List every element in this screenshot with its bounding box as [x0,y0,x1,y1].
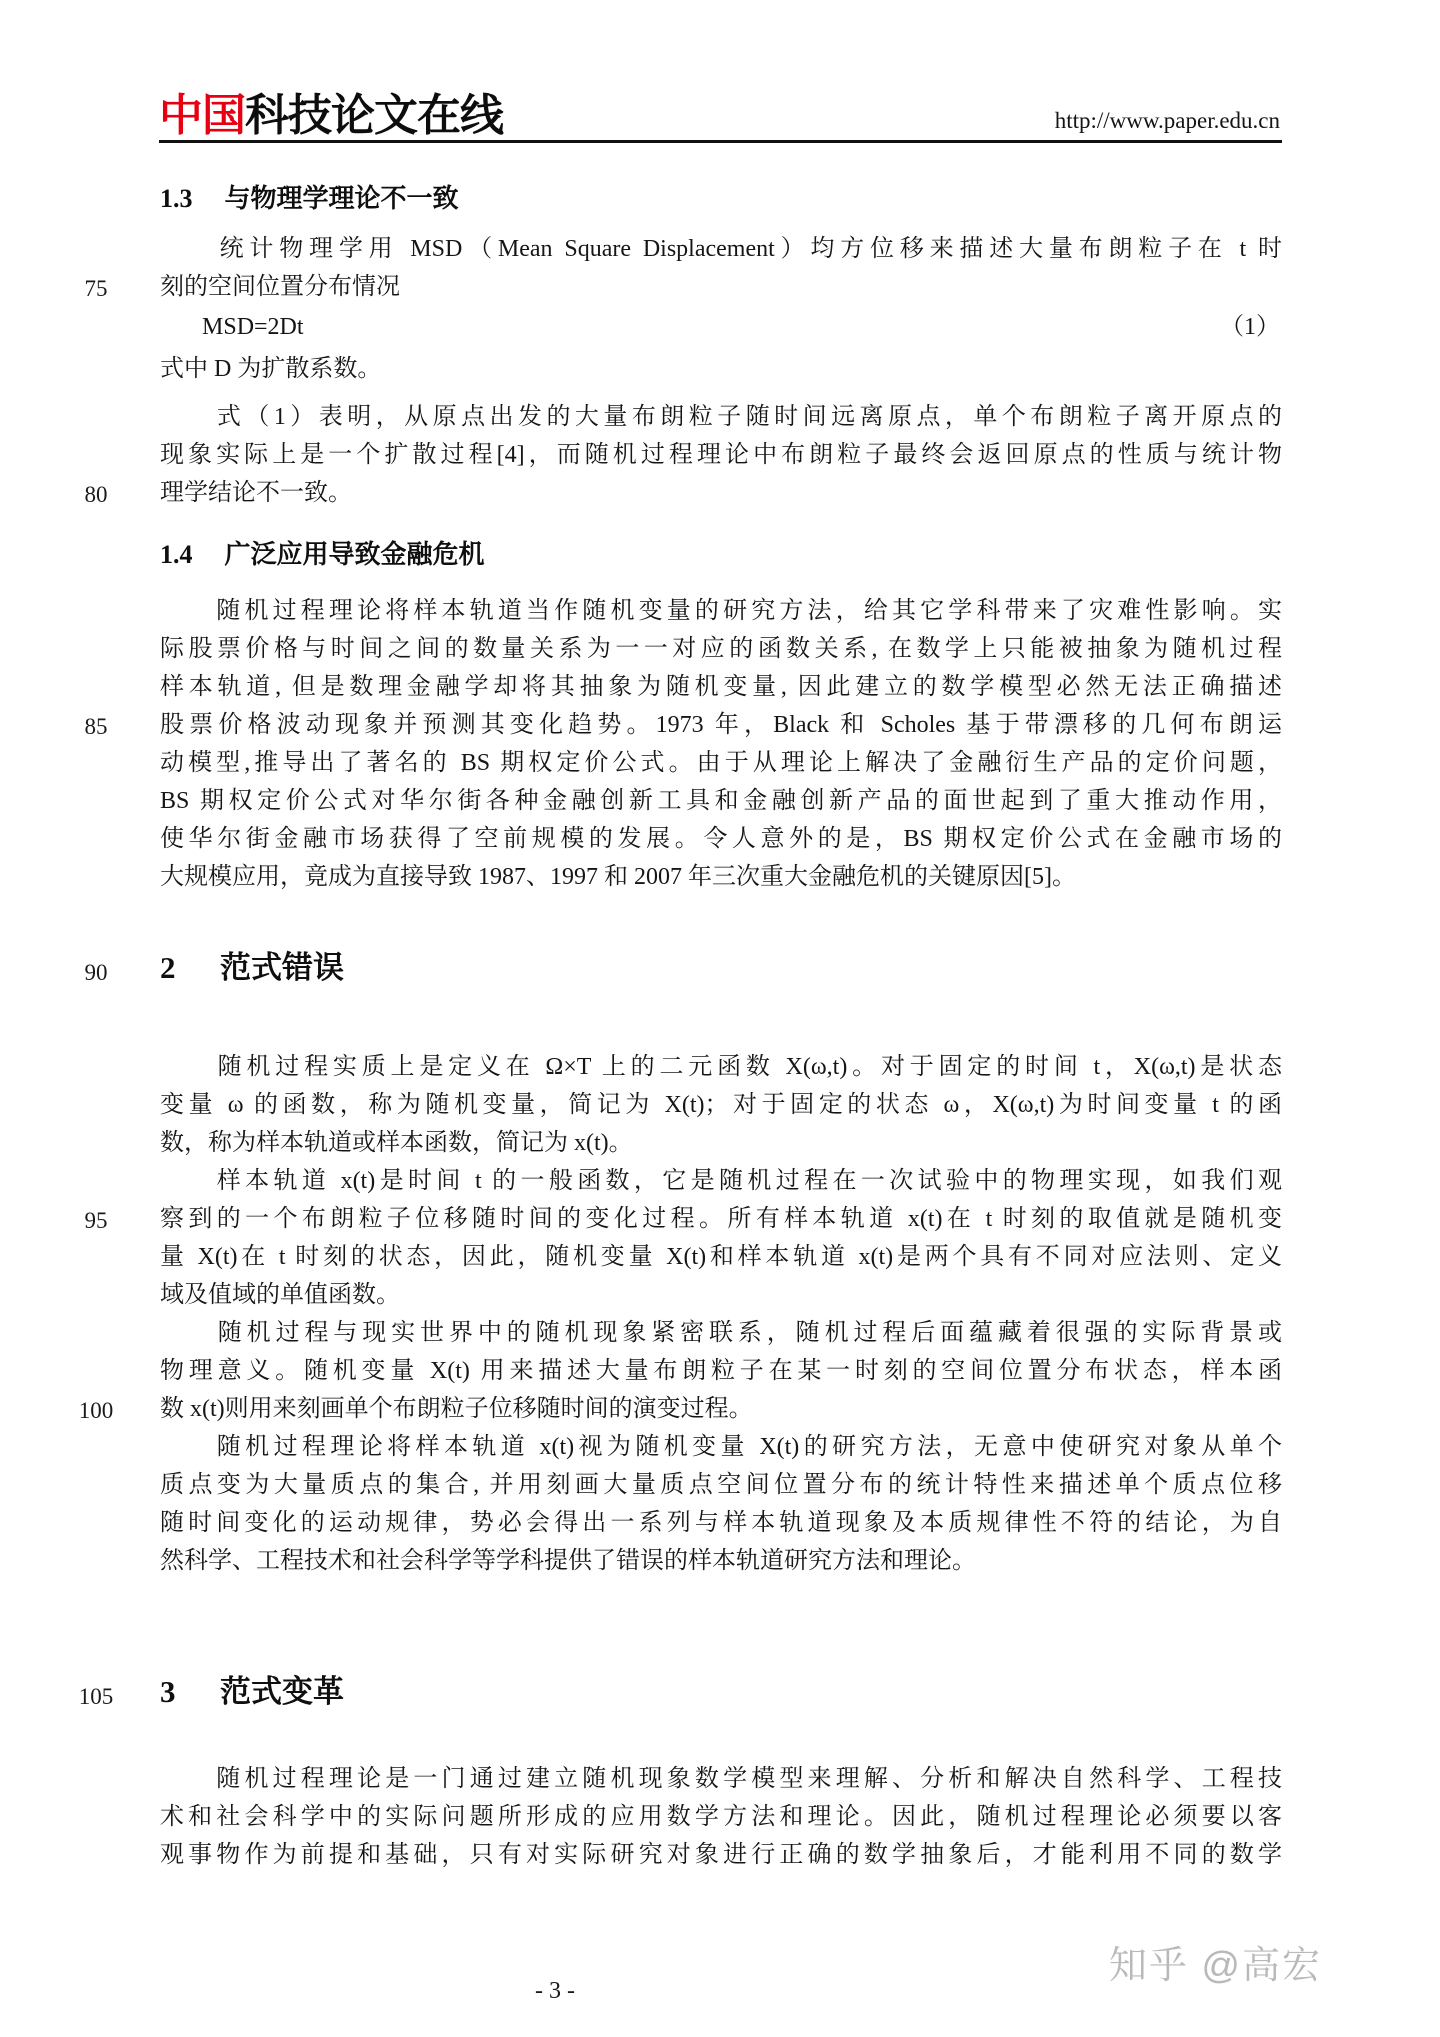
page-number: - 3 - [160,1978,950,2005]
text-line: 式中 D 为扩散系数。 [160,350,1282,388]
section-title: 广泛应用导致金融危机 [225,540,485,569]
section-number: 1.4 [160,538,193,572]
text-line: 随机过程与现实世界中的随机现象紧密联系，随机过程后面蕴藏着很强的实际背景或 [160,1314,1282,1352]
line-number-105: 105 [68,1678,124,1716]
section-heading-1-3: 1.3与物理学理论不一致 [160,182,1282,216]
line-number-85: 85 [68,708,124,746]
text-line: 随机过程理论是一门通过建立随机现象数学模型来理解、分析和解决自然科学、工程技 [160,1760,1282,1798]
paragraph-diffusion: 式（1）表明，从原点出发的大量布朗粒子随时间远离原点，单个布朗粒子离开原点的 现… [160,398,1282,512]
text-line: 式（1）表明，从原点出发的大量布朗粒子随时间远离原点，单个布朗粒子离开原点的 [160,398,1282,436]
text-line: 术和社会科学中的实际问题所形成的应用数学方法和理论。因此，随机过程理论必须要以客 [160,1798,1282,1836]
text-line: 随机过程理论将样本轨道当作随机变量的研究方法，给其它学科带来了灾难性影响。实 [160,592,1282,630]
text-line: 股票价格波动现象并预测其变化趋势。1973 年，Black 和 Scholes … [160,706,1282,744]
page-header: 中国科技论文在线 http://www.paper.edu.cn [159,0,1282,143]
paragraph-msd: 统计物理学用 MSD（Mean Square Displacement）均方位移… [160,230,1282,306]
site-logo-text: 科技论文在线 [245,91,503,140]
text-line: 随时间变化的运动规律，势必会得出一系列与样本轨道现象及本质规律性不符的结论，为自 [160,1504,1282,1542]
line-number-95: 95 [68,1202,124,1240]
text-line: 统计物理学用 MSD（Mean Square Displacement）均方位移… [160,230,1282,268]
paragraph-paradigm-change: 随机过程理论是一门通过建立随机现象数学模型来理解、分析和解决自然科学、工程技 术… [160,1760,1282,1874]
site-url: http://www.paper.edu.cn [1055,108,1280,134]
site-logo: 中国科技论文在线 [159,94,503,138]
line-number-100: 100 [68,1392,124,1430]
paragraph-d-coefficient: 式中 D 为扩散系数。 [160,350,1282,388]
line-number-90: 90 [68,954,124,992]
section-number: 1.3 [160,182,193,216]
section-number: 2 [160,948,182,988]
equation-1: MSD=2Dt （1） [160,308,1282,346]
section-title: 范式变革 [220,1674,344,1709]
equation-number: （1） [1220,308,1282,346]
site-logo-cn: 中国 [159,91,245,140]
text-line: 随机过程实质上是定义在 Ω×T 上的二元函数 X(ω,t)。对于固定的时间 t，… [160,1048,1282,1086]
text-line: 域及值域的单值函数。 [160,1276,1282,1314]
paragraph-wrong-method: 随机过程理论将样本轨道 x(t)视为随机变量 X(t)的研究方法，无意中使研究对… [160,1428,1282,1580]
text-line: 察到的一个布朗粒子位移随时间的变化过程。所有样本轨道 x(t)在 t 时刻的取值… [160,1200,1282,1238]
text-line: 量 X(t)在 t 时刻的状态，因此，随机变量 X(t)和样本轨道 x(t)是两… [160,1238,1282,1276]
text-line: 质点变为大量质点的集合, 并用刻画大量质点空间位置分布的统计特性来描述单个质点位… [160,1466,1282,1504]
text-line: 刻的空间位置分布情况 [160,268,1282,306]
paragraph-definition: 随机过程实质上是定义在 Ω×T 上的二元函数 X(ω,t)。对于固定的时间 t，… [160,1048,1282,1162]
line-number-80: 80 [68,476,124,514]
text-line: BS 期权定价公式对华尔街各种金融创新工具和金融创新产品的面世起到了重大推动作用… [160,782,1282,820]
text-line: 变量 ω 的函数，称为随机变量，简记为 X(t)；对于固定的状态 ω，X(ω,t… [160,1086,1282,1124]
text-line: 现象实际上是一个扩散过程[4]，而随机过程理论中布朗粒子最终会返回原点的性质与统… [160,436,1282,474]
section-title: 与物理学理论不一致 [225,184,459,213]
paragraph-finance: 随机过程理论将样本轨道当作随机变量的研究方法，给其它学科带来了灾难性影响。实 际… [160,592,1282,896]
paragraph-physical-meaning: 随机过程与现实世界中的随机现象紧密联系，随机过程后面蕴藏着很强的实际背景或 物理… [160,1314,1282,1428]
section-title: 范式错误 [220,950,344,985]
text-line: 际股票价格与时间之间的数量关系为一一对应的函数关系, 在数学上只能被抽象为随机过… [160,630,1282,668]
text-line: 物理意义。随机变量 X(t) 用来描述大量布朗粒子在某一时刻的空间位置分布状态，… [160,1352,1282,1390]
section-number: 3 [160,1672,182,1712]
text-line: 大规模应用，竟成为直接导致 1987、1997 和 2007 年三次重大金融危机… [160,858,1282,896]
text-line: 然科学、工程技术和社会科学等学科提供了错误的样本轨道研究方法和理论。 [160,1542,1282,1580]
text-line: 使华尔街金融市场获得了空前规模的发展。令人意外的是，BS 期权定价公式在金融市场… [160,820,1282,858]
section-heading-1-4: 1.4广泛应用导致金融危机 [160,538,1282,572]
paragraph-sample-path: 样本轨道 x(t)是时间 t 的一般函数，它是随机过程在一次试验中的物理实现，如… [160,1162,1282,1314]
text-line: 动模型,推导出了著名的 BS 期权定价公式。由于从理论上解决了金融衍生产品的定价… [160,744,1282,782]
text-line: 样本轨道, 但是数理金融学却将其抽象为随机变量, 因此建立的数学模型必然无法正确… [160,668,1282,706]
text-line: 理学结论不一致。 [160,474,1282,512]
equation-formula: MSD=2Dt [160,308,304,346]
text-line: 随机过程理论将样本轨道 x(t)视为随机变量 X(t)的研究方法，无意中使研究对… [160,1428,1282,1466]
page: 中国科技论文在线 http://www.paper.edu.cn 75 80 8… [0,0,1440,2037]
text-line: 数，称为样本轨道或样本函数，简记为 x(t)。 [160,1124,1282,1162]
text-line: 观事物作为前提和基础，只有对实际研究对象进行正确的数学抽象后，才能利用不同的数学 [160,1836,1282,1874]
zhihu-watermark: 知乎 @高宏 [1109,1934,1322,1989]
section-heading-3: 3范式变革 [160,1672,1282,1712]
text-line: 样本轨道 x(t)是时间 t 的一般函数，它是随机过程在一次试验中的物理实现，如… [160,1162,1282,1200]
section-heading-2: 2范式错误 [160,948,1282,988]
text-line: 数 x(t)则用来刻画单个布朗粒子位移随时间的演变过程。 [160,1390,1282,1428]
line-number-75: 75 [68,270,124,308]
